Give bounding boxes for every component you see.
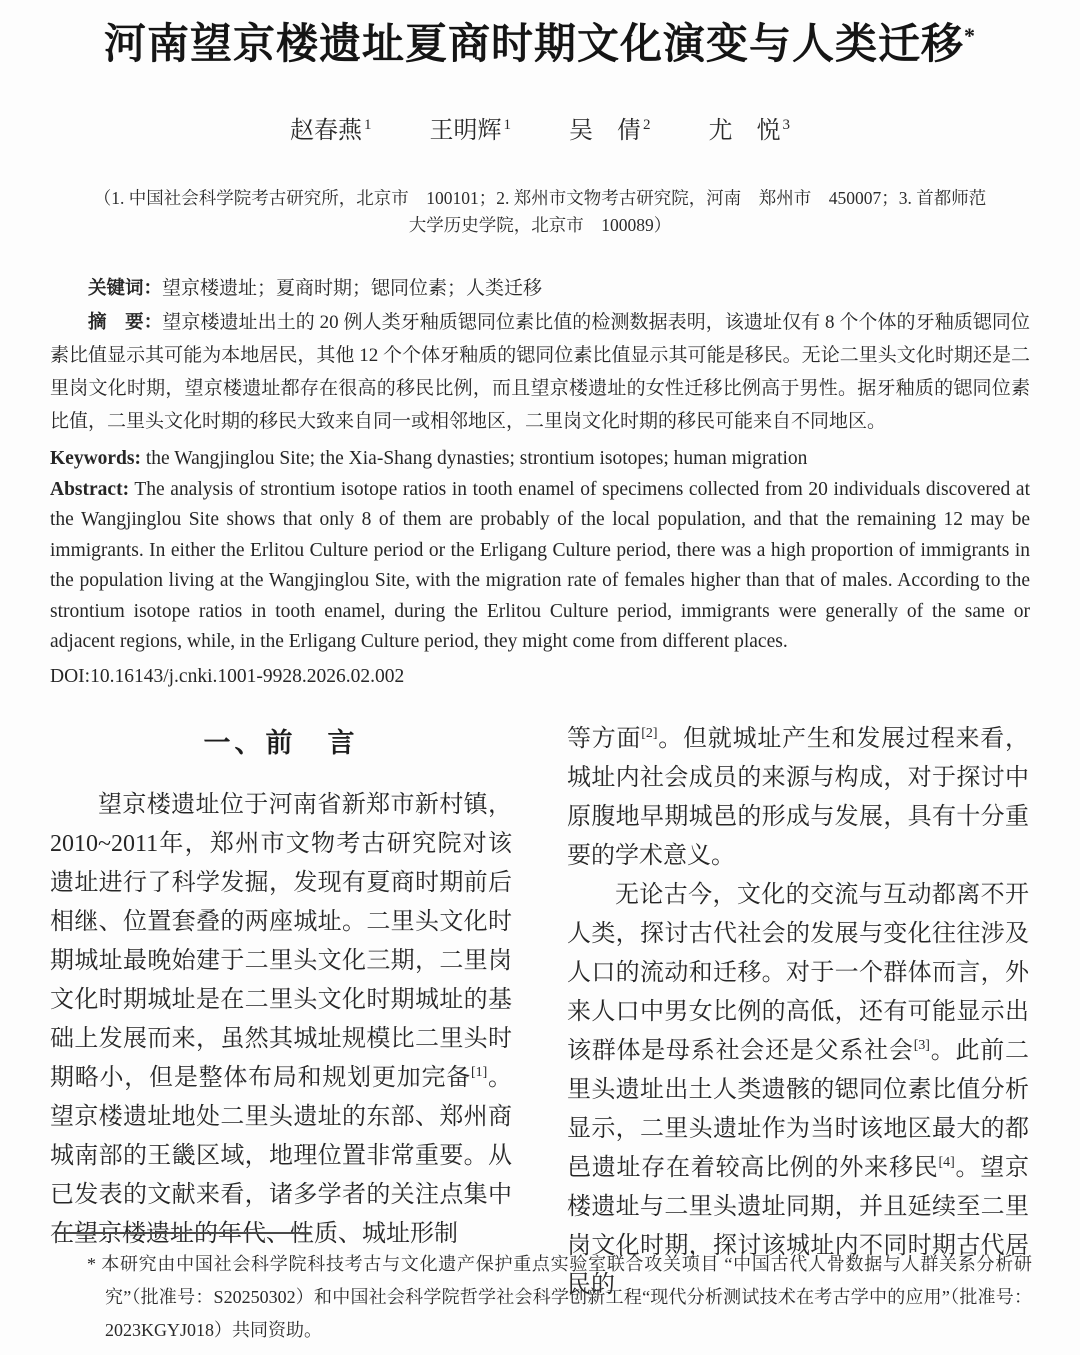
cn-keywords-line: 关键词：望京楼遗址；夏商时期；锶同位素；人类迁移 xyxy=(50,271,1030,305)
chinese-meta-block: 关键词：望京楼遗址；夏商时期；锶同位素；人类迁移 摘 要：望京楼遗址出土的 20… xyxy=(50,271,1030,438)
cn-abstract-text: 望京楼遗址出土的 20 例人类牙釉质锶同位素比值的检测数据表明，该遗址仅有 8 … xyxy=(50,312,1030,432)
author-1-affiliation-mark: 1 xyxy=(364,117,372,133)
en-abstract-label: Abstract: xyxy=(50,479,129,500)
en-keywords-line: Keywords: the Wangjinglou Site; the Xia-… xyxy=(50,444,1030,475)
two-column-body: 一、前 言 望京楼遗址位于河南省新郑市新村镇，2010~2011年，郑州市文物考… xyxy=(50,720,1030,1305)
doi-line: DOI:10.16143/j.cnki.1001-9928.2026.02.00… xyxy=(50,662,1030,693)
author-2-affiliation-mark: 1 xyxy=(504,117,512,133)
affiliation-block: （1. 中国社会科学院考古研究所，北京市 100101；2. 郑州市文物考古研究… xyxy=(50,185,1030,239)
affiliation-line-1: （1. 中国社会科学院考古研究所，北京市 100101；2. 郑州市文物考古研究… xyxy=(50,185,1030,212)
title-footnote-marker: * xyxy=(964,23,976,48)
cn-keywords-label: 关键词： xyxy=(88,277,162,298)
footnote-text: 本研究由中国社会科学院科技考古与文化遗产保护重点实验室联合攻关项目 “中国古代人… xyxy=(101,1254,1032,1340)
author-3: 吴 倩2 xyxy=(569,110,651,145)
paper-page: 河南望京楼遗址夏商时期文化演变与人类迁移* 赵春燕1 王明辉1 吴 倩2 尤 悦… xyxy=(0,0,1080,1355)
cn-abstract: 摘 要：望京楼遗址出土的 20 例人类牙釉质锶同位素比值的检测数据表明，该遗址仅… xyxy=(50,305,1030,438)
author-1-name: 赵春燕 xyxy=(290,118,362,144)
footnote-separator-rule xyxy=(56,1232,311,1234)
affiliation-line-2: 大学历史学院，北京市 100089） xyxy=(50,212,1030,239)
footnote-block: * 本研究由中国社会科学院科技考古与文化遗产保护重点实验室联合攻关项目 “中国古… xyxy=(50,1232,1032,1347)
author-4-affiliation-mark: 3 xyxy=(783,117,791,133)
right-column: 等方面[2]。但就城址产生和发展过程来看，城址内社会成员的来源与构成，对于探讨中… xyxy=(567,720,1029,1305)
author-4-name: 尤 悦 xyxy=(709,118,781,144)
footnote-marker: * xyxy=(87,1254,96,1274)
cn-keywords-text: 望京楼遗址；夏商时期；锶同位素；人类迁移 xyxy=(162,278,542,299)
page-title: 河南望京楼遗址夏商时期文化演变与人类迁移* xyxy=(50,20,1030,70)
en-keywords-text: the Wangjinglou Site; the Xia-Shang dyna… xyxy=(141,448,807,469)
author-1: 赵春燕1 xyxy=(290,110,372,145)
author-2-name: 王明辉 xyxy=(430,118,502,144)
left-column-paragraph: 望京楼遗址位于河南省新郑市新村镇，2010~2011年，郑州市文物考古研究院对该… xyxy=(50,786,512,1254)
right-column-paragraph-1: 等方面[2]。但就城址产生和发展过程来看，城址内社会成员的来源与构成，对于探讨中… xyxy=(567,720,1029,876)
english-meta-block: Keywords: the Wangjinglou Site; the Xia-… xyxy=(50,444,1030,692)
left-column: 一、前 言 望京楼遗址位于河南省新郑市新村镇，2010~2011年，郑州市文物考… xyxy=(50,720,512,1305)
en-abstract-text: The analysis of strontium isotope ratios… xyxy=(50,479,1030,653)
section-1-heading: 一、前 言 xyxy=(50,726,512,760)
author-line: 赵春燕1 王明辉1 吴 倩2 尤 悦3 xyxy=(50,110,1030,145)
en-keywords-label: Keywords: xyxy=(50,448,141,469)
footnote-text-line: * 本研究由中国社会科学院科技考古与文化遗产保护重点实验室联合攻关项目 “中国古… xyxy=(50,1248,1032,1347)
author-4: 尤 悦3 xyxy=(709,110,791,145)
author-3-affiliation-mark: 2 xyxy=(643,117,651,133)
author-3-name: 吴 倩 xyxy=(569,118,641,144)
author-2: 王明辉1 xyxy=(430,110,512,145)
page-title-text: 河南望京楼遗址夏商时期文化演变与人类迁移 xyxy=(104,22,964,68)
cn-abstract-label: 摘 要： xyxy=(88,311,162,332)
en-abstract: Abstract: The analysis of strontium isot… xyxy=(50,475,1030,658)
